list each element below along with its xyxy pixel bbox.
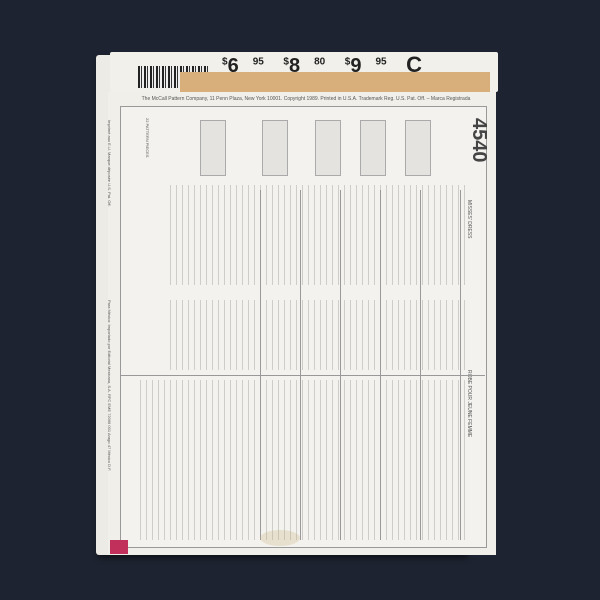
price-3: $995 xyxy=(345,55,387,77)
footer-left: Imprimé aux E.U. Marque déposée U.S. Pat… xyxy=(107,120,112,207)
price-2: $880 xyxy=(283,55,325,77)
divider xyxy=(120,375,485,376)
pink-corner xyxy=(110,540,128,554)
english-text-block xyxy=(170,185,470,285)
footer-right: Para México: Importado por Editorial Mex… xyxy=(107,300,112,471)
view-c-illustration xyxy=(315,120,341,176)
view-b-illustration xyxy=(360,120,386,176)
view-e-illustration xyxy=(200,120,226,176)
pattern-number: 4540 xyxy=(467,118,490,163)
column-line xyxy=(380,190,381,540)
copyright-line: The McCall Pattern Company, 11 Penn Plaz… xyxy=(126,96,486,102)
column-line xyxy=(300,190,301,540)
column-line xyxy=(460,190,461,540)
pattern-pieces: 22 PATTERN PIECES xyxy=(145,118,150,157)
price-strip: $695 $880 $995 C xyxy=(222,52,436,78)
water-stain xyxy=(260,530,300,546)
price-letter: C xyxy=(406,52,422,77)
price-1: $695 xyxy=(222,55,264,77)
column-line xyxy=(260,190,261,540)
view-a-illustration xyxy=(405,120,431,176)
view-d-illustration xyxy=(262,120,288,176)
column-line xyxy=(340,190,341,540)
column-line xyxy=(420,190,421,540)
measurements-block xyxy=(170,300,470,370)
